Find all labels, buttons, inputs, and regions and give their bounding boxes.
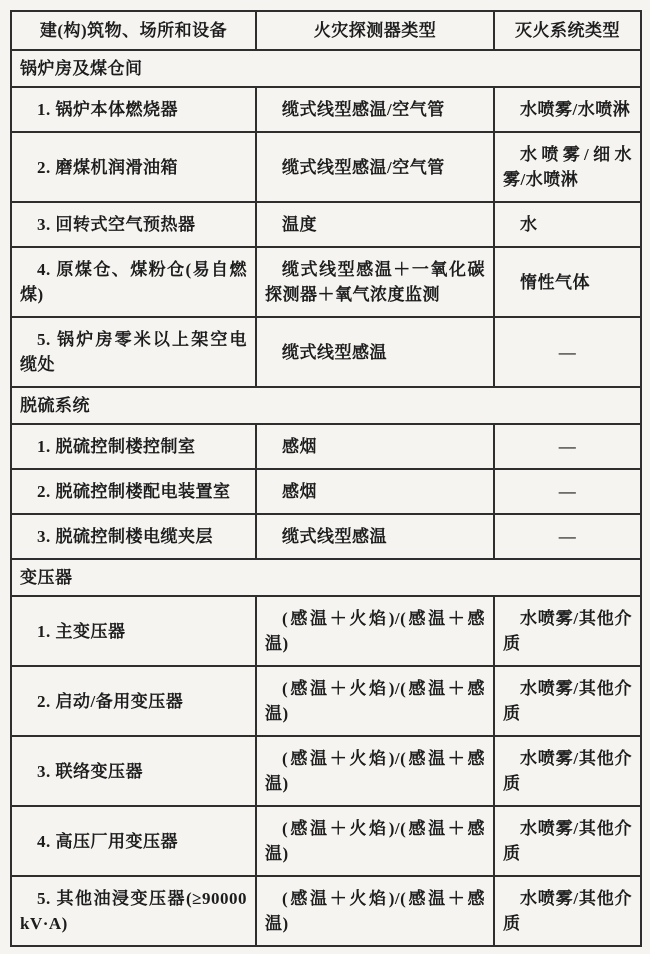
section-row: 变压器	[11, 559, 641, 596]
cell-detector: (感温＋火焰)/(感温＋感温)	[256, 806, 494, 876]
cell-detector: 温度	[256, 202, 494, 247]
cell-system: 水喷雾/细水雾/水喷淋	[494, 132, 641, 202]
section-row: 脱硫系统	[11, 387, 641, 424]
cell-detector: 缆式线型感温	[256, 514, 494, 559]
table-row: 4. 原煤仓、煤粉仓(易自燃煤)缆式线型感温＋一氧化碳探测器＋氧气浓度监测惰性气…	[11, 247, 641, 317]
cell-detector: 感烟	[256, 424, 494, 469]
table-row: 3. 回转式空气预热器温度水	[11, 202, 641, 247]
section-title: 变压器	[11, 559, 641, 596]
header-system: 灭火系统类型	[494, 11, 641, 50]
cell-place: 2. 磨煤机润滑油箱	[11, 132, 256, 202]
table-row: 2. 磨煤机润滑油箱缆式线型感温/空气管水喷雾/细水雾/水喷淋	[11, 132, 641, 202]
cell-place: 5. 锅炉房零米以上架空电缆处	[11, 317, 256, 387]
header-detector: 火灾探测器类型	[256, 11, 494, 50]
cell-place: 1. 锅炉本体燃烧器	[11, 87, 256, 132]
document-page: 建(构)筑物、场所和设备 火灾探测器类型 灭火系统类型 锅炉房及煤仓间1. 锅炉…	[0, 0, 650, 954]
table-row: 1. 脱硫控制楼控制室感烟—	[11, 424, 641, 469]
cell-place: 4. 原煤仓、煤粉仓(易自燃煤)	[11, 247, 256, 317]
cell-system: 水喷雾/其他介质	[494, 736, 641, 806]
section-title: 脱硫系统	[11, 387, 641, 424]
cell-detector: 感烟	[256, 469, 494, 514]
cell-detector: (感温＋火焰)/(感温＋感温)	[256, 876, 494, 946]
cell-place: 3. 联络变压器	[11, 736, 256, 806]
cell-system: 水喷雾/其他介质	[494, 666, 641, 736]
cell-place: 1. 主变压器	[11, 596, 256, 666]
cell-system: —	[494, 317, 641, 387]
table-row: 3. 脱硫控制楼电缆夹层缆式线型感温—	[11, 514, 641, 559]
cell-system: 水	[494, 202, 641, 247]
table-row: 1. 锅炉本体燃烧器缆式线型感温/空气管水喷雾/水喷淋	[11, 87, 641, 132]
cell-place: 5. 其他油浸变压器(≥90000kV·A)	[11, 876, 256, 946]
cell-system: —	[494, 424, 641, 469]
cell-place: 4. 高压厂用变压器	[11, 806, 256, 876]
cell-system: 惰性气体	[494, 247, 641, 317]
table-row: 2. 脱硫控制楼配电装置室感烟—	[11, 469, 641, 514]
table-row: 3. 联络变压器(感温＋火焰)/(感温＋感温)水喷雾/其他介质	[11, 736, 641, 806]
table-row: 5. 其他油浸变压器(≥90000kV·A)(感温＋火焰)/(感温＋感温)水喷雾…	[11, 876, 641, 946]
table-header: 建(构)筑物、场所和设备 火灾探测器类型 灭火系统类型	[11, 11, 641, 50]
cell-system: —	[494, 514, 641, 559]
cell-place: 3. 回转式空气预热器	[11, 202, 256, 247]
table-row: 2. 启动/备用变压器(感温＋火焰)/(感温＋感温)水喷雾/其他介质	[11, 666, 641, 736]
header-place: 建(构)筑物、场所和设备	[11, 11, 256, 50]
cell-system: 水喷雾/其他介质	[494, 596, 641, 666]
cell-place: 2. 启动/备用变压器	[11, 666, 256, 736]
table-row: 4. 高压厂用变压器(感温＋火焰)/(感温＋感温)水喷雾/其他介质	[11, 806, 641, 876]
header-row: 建(构)筑物、场所和设备 火灾探测器类型 灭火系统类型	[11, 11, 641, 50]
cell-detector: 缆式线型感温/空气管	[256, 87, 494, 132]
cell-detector: 缆式线型感温	[256, 317, 494, 387]
cell-detector: 缆式线型感温＋一氧化碳探测器＋氧气浓度监测	[256, 247, 494, 317]
cell-system: 水喷雾/其他介质	[494, 806, 641, 876]
cell-system: —	[494, 469, 641, 514]
cell-detector: (感温＋火焰)/(感温＋感温)	[256, 666, 494, 736]
table-body: 锅炉房及煤仓间1. 锅炉本体燃烧器缆式线型感温/空气管水喷雾/水喷淋2. 磨煤机…	[11, 50, 641, 946]
cell-detector: (感温＋火焰)/(感温＋感温)	[256, 736, 494, 806]
cell-detector: (感温＋火焰)/(感温＋感温)	[256, 596, 494, 666]
table-row: 1. 主变压器(感温＋火焰)/(感温＋感温)水喷雾/其他介质	[11, 596, 641, 666]
section-title: 锅炉房及煤仓间	[11, 50, 641, 87]
cell-place: 1. 脱硫控制楼控制室	[11, 424, 256, 469]
cell-place: 3. 脱硫控制楼电缆夹层	[11, 514, 256, 559]
cell-detector: 缆式线型感温/空气管	[256, 132, 494, 202]
cell-system: 水喷雾/其他介质	[494, 876, 641, 946]
cell-place: 2. 脱硫控制楼配电装置室	[11, 469, 256, 514]
fire-protection-table: 建(构)筑物、场所和设备 火灾探测器类型 灭火系统类型 锅炉房及煤仓间1. 锅炉…	[10, 10, 642, 947]
section-row: 锅炉房及煤仓间	[11, 50, 641, 87]
table-row: 5. 锅炉房零米以上架空电缆处缆式线型感温—	[11, 317, 641, 387]
cell-system: 水喷雾/水喷淋	[494, 87, 641, 132]
